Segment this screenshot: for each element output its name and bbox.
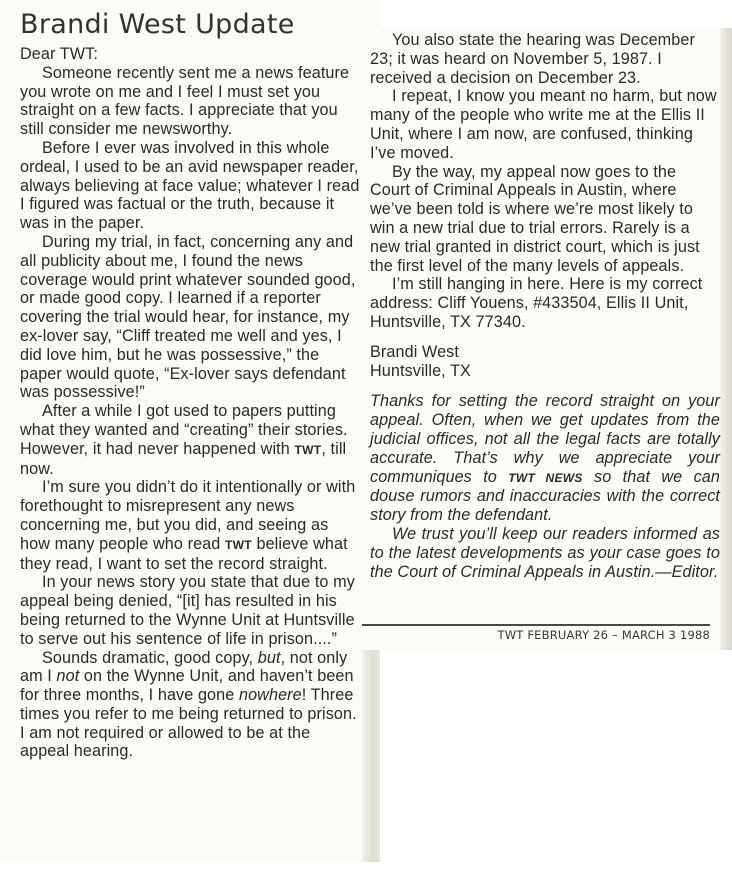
paragraph: Before I ever was involved in this whole… [20, 139, 362, 233]
emphasis: not [56, 667, 79, 685]
publication-name: TWT NEWS [508, 471, 582, 485]
editor-note: Thanks for setting the record straight o… [370, 392, 720, 581]
text: Sounds dramatic, good copy, [42, 649, 258, 667]
paragraph: After a while I got used to papers putti… [20, 402, 362, 478]
paragraph: You also state the hearing was December … [370, 31, 720, 87]
paragraph: I repeat, I know you meant no harm, but … [370, 87, 720, 162]
dateline: TWT FEBRUARY 26 – MARCH 3 1988 [497, 628, 710, 642]
editor-paragraph: Thanks for setting the record straight o… [370, 392, 720, 525]
scan-shadow-edge [720, 28, 732, 650]
paragraph: Someone recently sent me a news feature … [20, 64, 362, 139]
paragraph: In your news story you state that due to… [20, 573, 362, 648]
left-column-clipping: Brandi West Update Dear TWT: Someone rec… [0, 0, 380, 862]
scan-shadow-edge [362, 650, 380, 862]
divider-rule [362, 624, 710, 626]
left-column: Brandi West Update Dear TWT: Someone rec… [20, 8, 362, 761]
signature: Brandi West Huntsville, TX [370, 343, 720, 381]
paragraph: I’m sure you didn’t do it intentionally … [20, 478, 362, 573]
signature-name: Brandi West [370, 343, 720, 362]
emphasis: but [258, 649, 281, 667]
right-column: You also state the hearing was December … [370, 31, 720, 581]
publication-name: TWT [294, 443, 321, 457]
headline: Brandi West Update [20, 8, 362, 42]
editor-paragraph: We trust you’ll keep our readers informe… [370, 525, 720, 581]
emphasis: nowhere [239, 686, 302, 704]
salutation: Dear TWT: [20, 45, 362, 64]
paragraph: During my trial, in fact, concerning any… [20, 233, 362, 402]
paragraph: I’m still hanging in here. Here is my co… [370, 275, 720, 331]
publication-name: TWT [225, 538, 252, 552]
signature-location: Huntsville, TX [370, 362, 720, 381]
paragraph: Sounds dramatic, good copy, but, not onl… [20, 649, 362, 762]
paragraph: By the way, my appeal now goes to the Co… [370, 163, 720, 276]
right-column-clipping: You also state the hearing was December … [362, 28, 732, 650]
